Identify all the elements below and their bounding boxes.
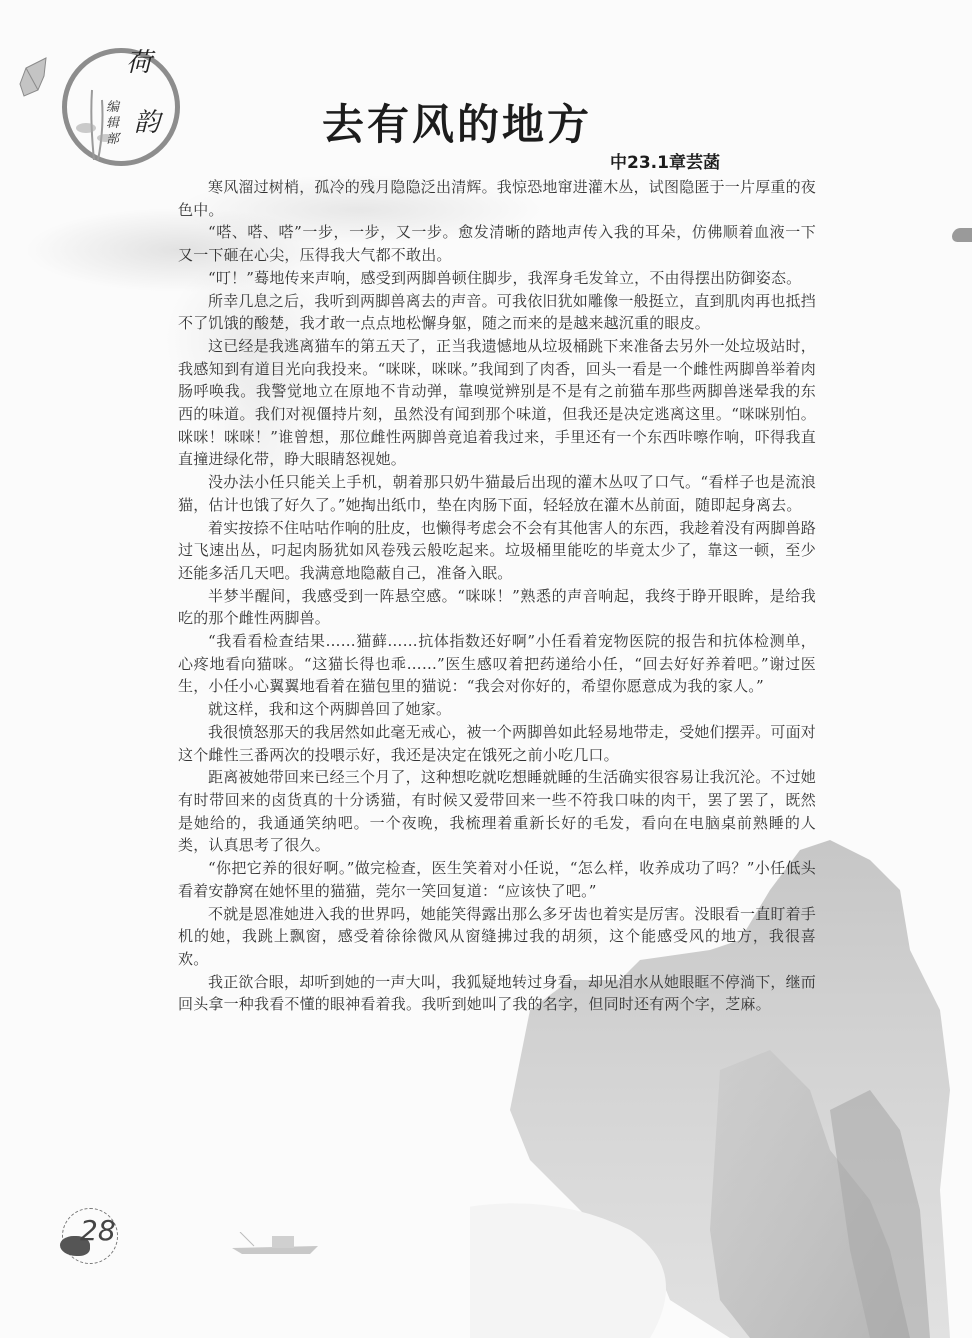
- logo-char-yun: 韵: [134, 102, 160, 139]
- logo-sub-char: 编: [106, 100, 119, 115]
- paragraph: “我看看检查结果……猫藓……抗体指数还好啊”小任看着宠物医院的报告和抗体检测单，…: [178, 630, 816, 698]
- paragraph: 不就是恩准她进入我的世界吗，她能笑得露出那么多牙齿也着实是厉害。没眼看一直盯着手…: [178, 903, 816, 971]
- ink-drop-decoration: [952, 228, 972, 242]
- paragraph: “你把它养的很好啊。”做完检查，医生笑着对小任说，“怎么样，收养成功了吗？”小任…: [178, 857, 816, 902]
- paragraph: 寒风溜过树梢，孤冷的残月隐隐泛出清辉。我惊恐地窜进灌木丛，试图隐匿于一片厚重的夜…: [178, 176, 816, 221]
- paragraph: 没办法小任只能关上手机，朝着那只奶牛猫最后出现的灌木丛叹了口气。“看样子也是流浪…: [178, 471, 816, 516]
- paragraph: 距离被她带回来已经三个月了，这种想吃就吃想睡就睡的生活确实很容易让我沉沦。不过她…: [178, 766, 816, 857]
- column-logo: 荷 韵 编 辑 部: [14, 40, 184, 170]
- paragraph: 我很愤怒那天的我居然如此毫无戒心，被一个两脚兽如此轻易地带走，受她们摆弄。可面对…: [178, 721, 816, 766]
- article-title: 去有风的地方: [322, 92, 592, 152]
- boat-ink-illustration: [232, 1232, 322, 1256]
- paragraph: 就这样，我和这个两脚兽回了她家。: [178, 698, 816, 721]
- page-number: 28: [80, 1214, 116, 1247]
- logo-char-he: 荷: [126, 42, 152, 79]
- paragraph: “嗒、嗒、嗒”一步，一步，又一步。愈发清晰的踏地声传入我的耳朵，仿佛顺着血液一下…: [178, 221, 816, 266]
- paragraph: 半梦半醒间，我感受到一阵悬空感。“咪咪！”熟悉的声音响起，我终于睁开眼眸，是给我…: [178, 585, 816, 630]
- logo-sub-char: 辑: [106, 116, 119, 131]
- paragraph: 这已经是我逃离猫车的第五天了，正当我遗憾地从垃圾桶跳下来准备去另外一处垃圾站时，…: [178, 335, 816, 471]
- butterfly-icon: [16, 54, 52, 100]
- paragraph: 我正欲合眼，却听到她的一声大叫，我狐疑地转过身看，却见泪水从她眼眶不停淌下，继而…: [178, 971, 816, 1016]
- paragraph: 着实按捺不住咕咕作响的肚皮，也懒得考虑会不会有其他害人的东西，我趁着没有两脚兽路…: [178, 517, 816, 585]
- paragraph: 所幸几息之后，我听到两脚兽离去的声音。可我依旧犹如雕像一般挺立，直到肌肉再也抵挡…: [178, 290, 816, 335]
- logo-subtitle: 编 辑 部: [106, 100, 122, 148]
- article-body: 寒风溜过树梢，孤冷的残月隐隐泛出清辉。我惊恐地窜进灌木丛，试图隐匿于一片厚重的夜…: [178, 176, 816, 1016]
- author-byline: 中23.1章芸菡: [610, 148, 720, 173]
- paragraph: “叮！”蓦地传来声响，感受到两脚兽顿住脚步，我浑身毛发耸立，不由得摆出防御姿态。: [178, 267, 816, 290]
- logo-sub-char: 部: [106, 132, 119, 147]
